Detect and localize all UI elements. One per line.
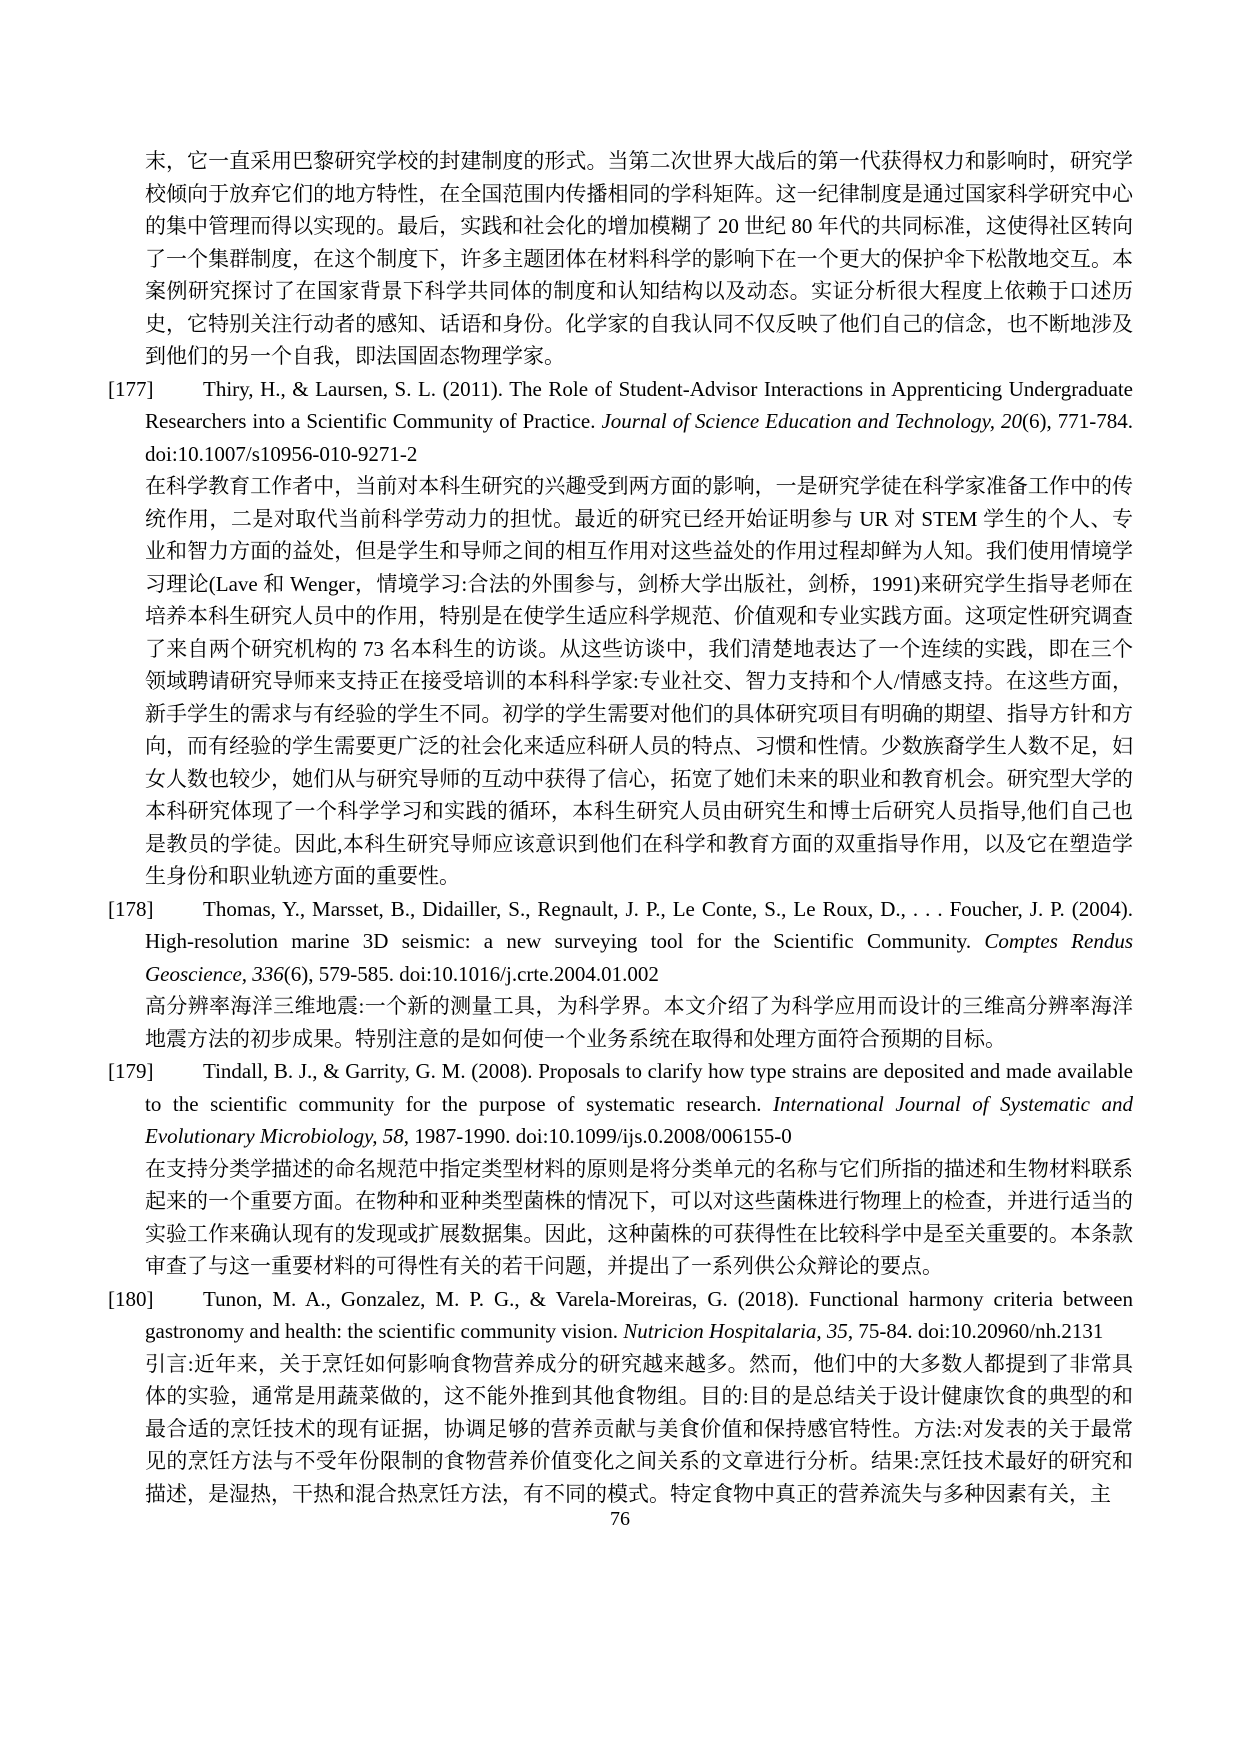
continuation-paragraph: 末，它一直采用巴黎研究学校的封建制度的形式。当第二次世界大战后的第一代获得权力和… — [108, 145, 1133, 373]
reference-number: [178] — [108, 893, 154, 926]
reference-abstract: 在科学教育工作者中，当前对本科生研究的兴趣受到两方面的影响，一是研究学徒在科学家… — [108, 470, 1133, 893]
journal-title: Nutricion Hospitalaria, 35 — [623, 1319, 848, 1343]
reference-entry-177: [177]Thiry, H., & Laursen, S. L. (2011).… — [108, 373, 1133, 893]
reference-entry-178: [178]Thomas, Y., Marsset, B., Didailler,… — [108, 893, 1133, 1056]
reference-abstract: 在支持分类学描述的命名规范中指定类型材料的原则是将分类单元的名称与它们所指的描述… — [108, 1153, 1133, 1283]
reference-entry-179: [179]Tindall, B. J., & Garrity, G. M. (2… — [108, 1055, 1133, 1283]
references-text-block: 末，它一直采用巴黎研究学校的封建制度的形式。当第二次世界大战后的第一代获得权力和… — [108, 145, 1133, 1510]
citation-tail: , 1987-1990. doi:10.1099/ijs.0.2008/0061… — [404, 1124, 792, 1148]
citation-tail: (6), 579-585. doi:10.1016/j.crte.2004.01… — [284, 962, 659, 986]
page-number: 76 — [0, 1507, 1240, 1531]
reference-number: [179] — [108, 1055, 154, 1088]
reference-citation: [177]Thiry, H., & Laursen, S. L. (2011).… — [108, 373, 1133, 471]
reference-entry-180: [180]Tunon, M. A., Gonzalez, M. P. G., &… — [108, 1283, 1133, 1511]
citation-tail: , 75-84. doi:10.20960/nh.2131 — [848, 1319, 1104, 1343]
reference-citation: [178]Thomas, Y., Marsset, B., Didailler,… — [108, 893, 1133, 991]
reference-citation: [180]Tunon, M. A., Gonzalez, M. P. G., &… — [108, 1283, 1133, 1348]
reference-number: [180] — [108, 1283, 154, 1316]
document-page: 末，它一直采用巴黎研究学校的封建制度的形式。当第二次世界大战后的第一代获得权力和… — [0, 0, 1240, 1753]
reference-abstract: 引言:近年来，关于烹饪如何影响食物营养成分的研究越来越多。然而，他们中的大多数人… — [108, 1348, 1133, 1511]
reference-number: [177] — [108, 373, 154, 406]
reference-citation: [179]Tindall, B. J., & Garrity, G. M. (2… — [108, 1055, 1133, 1153]
journal-title: Journal of Science Education and Technol… — [601, 409, 1022, 433]
reference-abstract: 高分辨率海洋三维地震:一个新的测量工具，为科学界。本文介绍了为科学应用而设计的三… — [108, 990, 1133, 1055]
